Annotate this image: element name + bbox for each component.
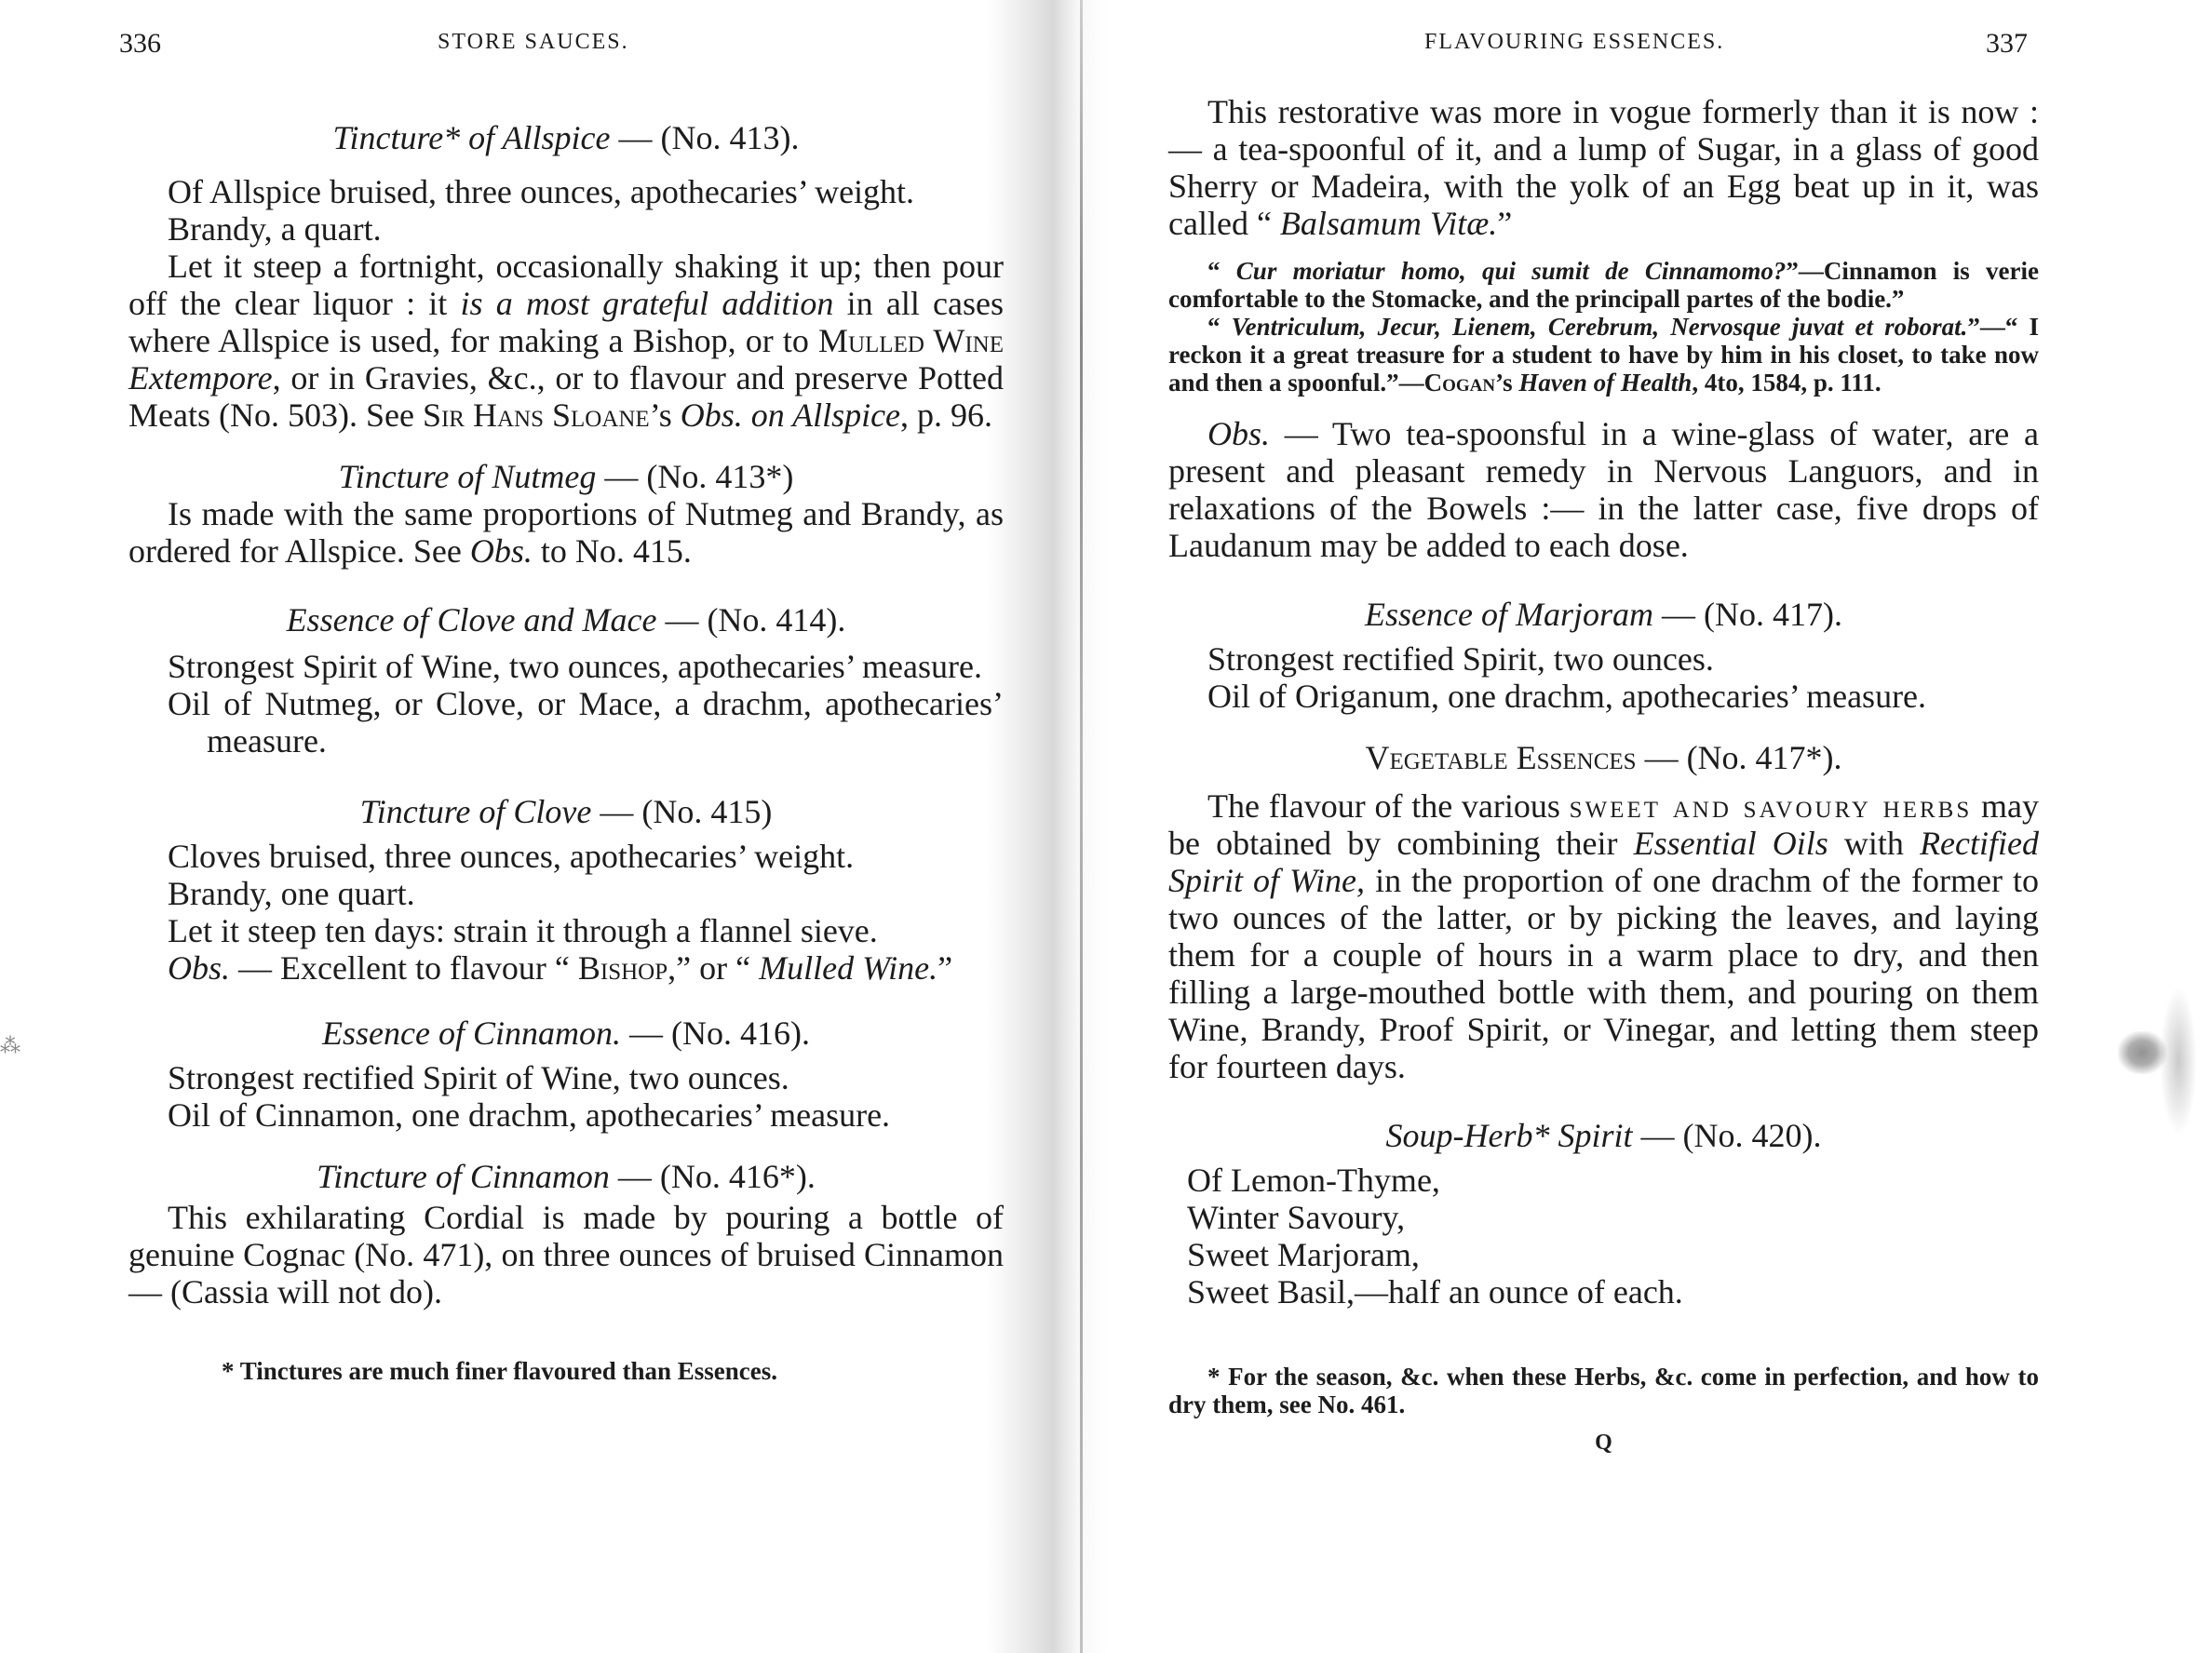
ingredient-line: Oil of Nutmeg, or Clove, or Mace, a drac… <box>128 685 1004 759</box>
ingredient-line: Of Allspice bruised, three ounces, apoth… <box>128 173 1004 210</box>
ingredient-line: Strongest rectified Spirit, two ounces. <box>1168 640 2039 678</box>
left-column: Tincture* of Allspice — (No. 413). Of Al… <box>128 119 1004 1410</box>
section-heading: Soup-Herb* Spirit — (No. 420). <box>1168 1117 2039 1154</box>
section-heading: Essence of Marjoram — (No. 417). <box>1168 596 2039 633</box>
section-paragraph: This exhilarating Cordial is made by pou… <box>128 1199 1004 1310</box>
section-heading: Tincture* of Allspice — (No. 413). <box>128 119 1004 156</box>
footnote: * For the season, &c. when these Herbs, … <box>1168 1363 2039 1418</box>
obs-paragraph: Obs. — Excellent to flavour “ Bishop,” o… <box>128 949 1004 987</box>
right-column: This restorative was more in vogue forme… <box>1168 93 2039 1484</box>
ingredient-line: Cloves bruised, three ounces, apothecari… <box>128 838 1004 875</box>
ingredient-line: Sweet Marjoram, <box>1168 1236 2039 1273</box>
left-page: 336 STORE SAUCES. Tincture* of Allspice … <box>0 0 1071 1653</box>
ingredient-line: Of Lemon-Thyme, <box>1168 1162 2039 1199</box>
ingredient-line: Brandy, a quart. <box>128 210 1004 248</box>
book-spread: ⁂ 336 STORE SAUCES. Tincture* of Allspic… <box>0 0 2212 1653</box>
ingredient-line: Oil of Origanum, one drachm, apothecarie… <box>1168 678 2039 715</box>
obs-paragraph: Obs. — Two tea-spoonsful in a wine-glass… <box>1168 415 2039 564</box>
intro-paragraph: This restorative was more in vogue forme… <box>1168 93 2039 242</box>
signature-mark: Q <box>1168 1424 2039 1461</box>
section-heading: Tincture of Cinnamon — (No. 416*). <box>128 1158 1004 1195</box>
section-paragraph: Let it steep a fortnight, occasionally s… <box>128 248 1004 434</box>
quotation: “ Cur moriatur homo, qui sumit de Cinnam… <box>1168 257 2039 313</box>
section-paragraph: Is made with the same proportions of Nut… <box>128 495 1004 570</box>
ingredient-line: Sweet Basil,—half an ounce of each. <box>1168 1273 2039 1310</box>
section-heading: Vegetable Essences — (No. 417*). <box>1168 739 2039 776</box>
section-heading: Tincture of Nutmeg — (No. 413*) <box>128 458 1004 495</box>
ingredient-line: Let it steep ten days: strain it through… <box>128 912 1004 949</box>
footnote: * Tinctures are much finer flavoured tha… <box>128 1357 1004 1385</box>
section-heading: Essence of Clove and Mace — (No. 414). <box>128 601 1004 638</box>
running-head: STORE SAUCES. <box>438 30 629 55</box>
page-number: 337 <box>1986 28 2028 60</box>
ingredient-line: Brandy, one quart. <box>128 875 1004 912</box>
ingredient-line: Strongest Spirit of Wine, two ounces, ap… <box>128 648 1004 685</box>
quotation: “ Ventriculum, Jecur, Lienem, Cerebrum, … <box>1168 313 2039 396</box>
section-heading: Essence of Cinnamon. — (No. 416). <box>128 1015 1004 1052</box>
running-head: FLAVOURING ESSENCES. <box>1424 30 1724 55</box>
ingredient-line: Winter Savoury, <box>1168 1199 2039 1236</box>
page-number: 336 <box>119 28 161 60</box>
ingredient-line: Oil of Cinnamon, one drachm, apothecarie… <box>128 1096 1004 1134</box>
section-paragraph: The flavour of the various sweet and sav… <box>1168 787 2039 1085</box>
section-heading: Tincture of Clove — (No. 415) <box>128 793 1004 830</box>
ingredient-line: Strongest rectified Spirit of Wine, two … <box>128 1059 1004 1096</box>
